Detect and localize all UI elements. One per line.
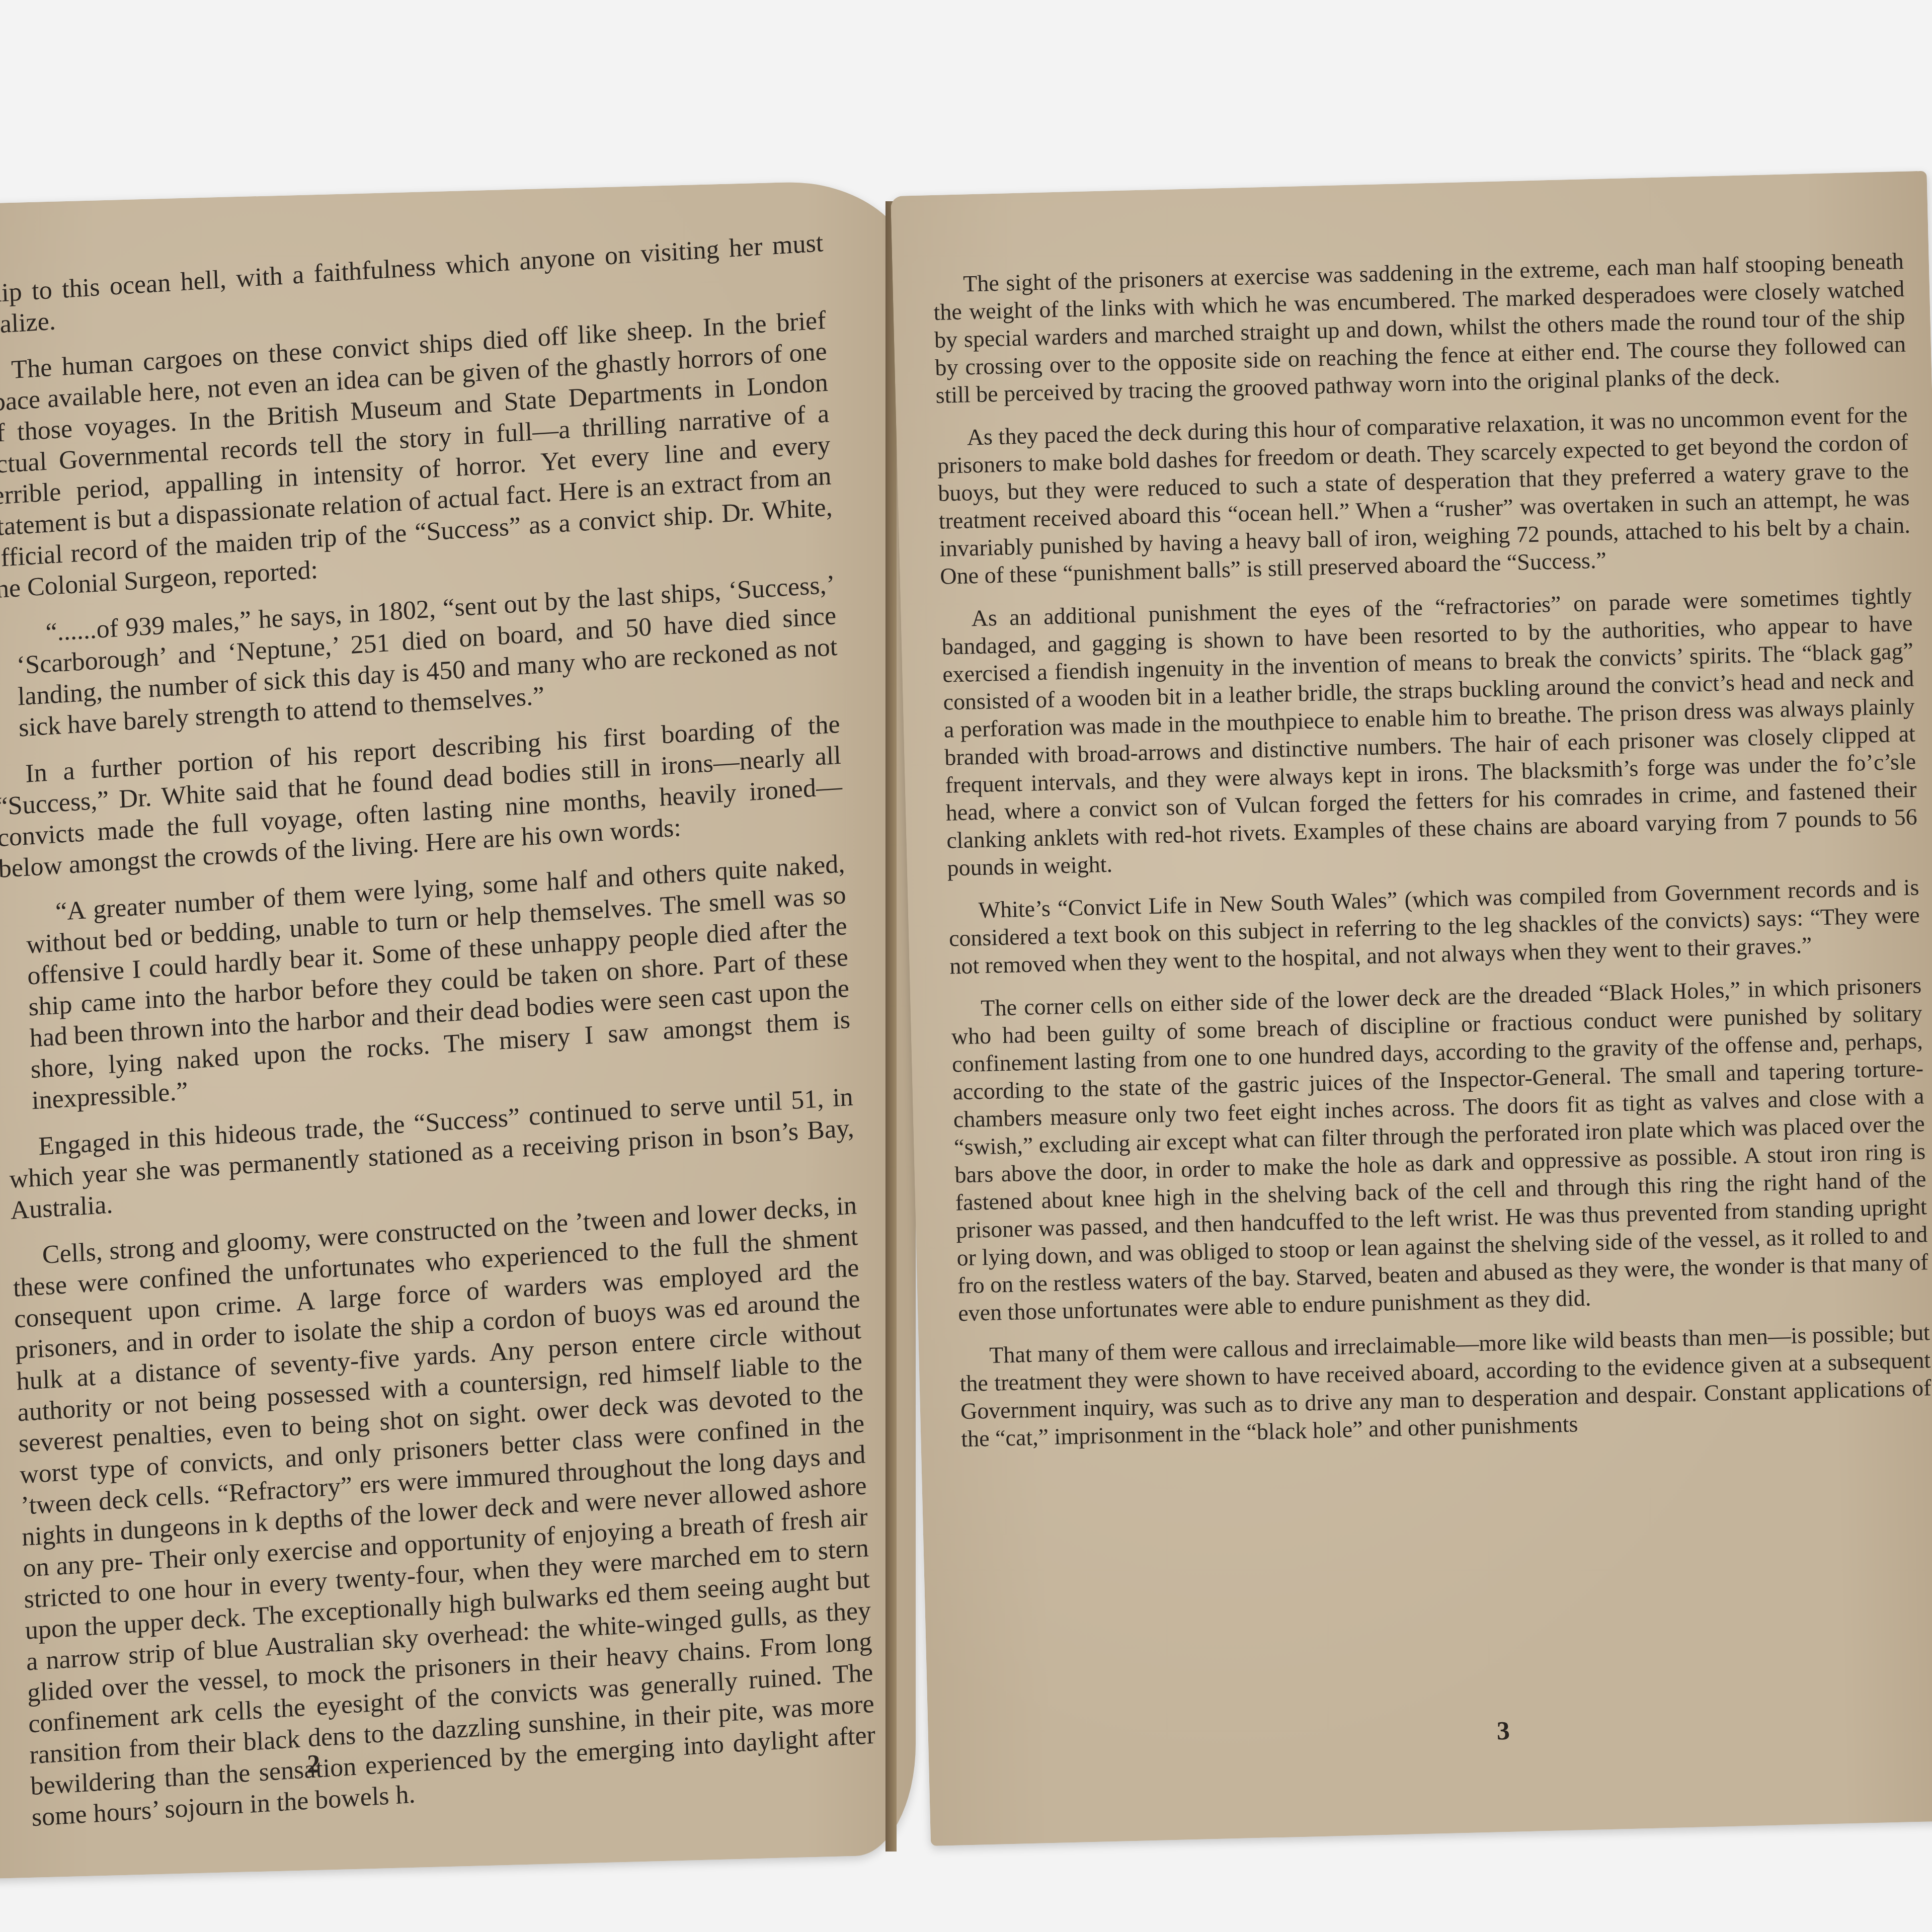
paragraph: That many of them were callous and irrec… — [959, 1318, 1932, 1453]
paragraph: The corner cells on either side of the l… — [950, 971, 1929, 1327]
quote-paragraph: “A greater number of them were lying, so… — [25, 848, 852, 1116]
booklet-spread: ship to this ocean hell, with a faithful… — [0, 0, 1932, 1932]
paragraph: As an additional punishment the eyes of … — [941, 582, 1918, 882]
paragraph: Cells, strong and gloomy, were construct… — [12, 1190, 877, 1833]
page-number: 2 — [307, 1749, 320, 1780]
paragraph: The sight of the prisoners at exercise w… — [933, 247, 1907, 409]
paragraph: As they paced the deck during this hour … — [936, 400, 1911, 590]
page-number: 3 — [1496, 1716, 1510, 1746]
right-page-text: The sight of the prisoners at exercise w… — [933, 247, 1932, 1468]
book-gutter — [886, 201, 897, 1852]
left-page: ship to this ocean hell, with a faithful… — [0, 179, 916, 1879]
left-page-text: ship to this ocean hell, with a faithful… — [0, 227, 877, 1848]
paragraph: White’s “Convict Life in New South Wales… — [948, 873, 1920, 980]
paragraph: The human cargoes on these convict ships… — [0, 305, 834, 606]
right-page: The sight of the prisoners at exercise w… — [891, 171, 1932, 1846]
